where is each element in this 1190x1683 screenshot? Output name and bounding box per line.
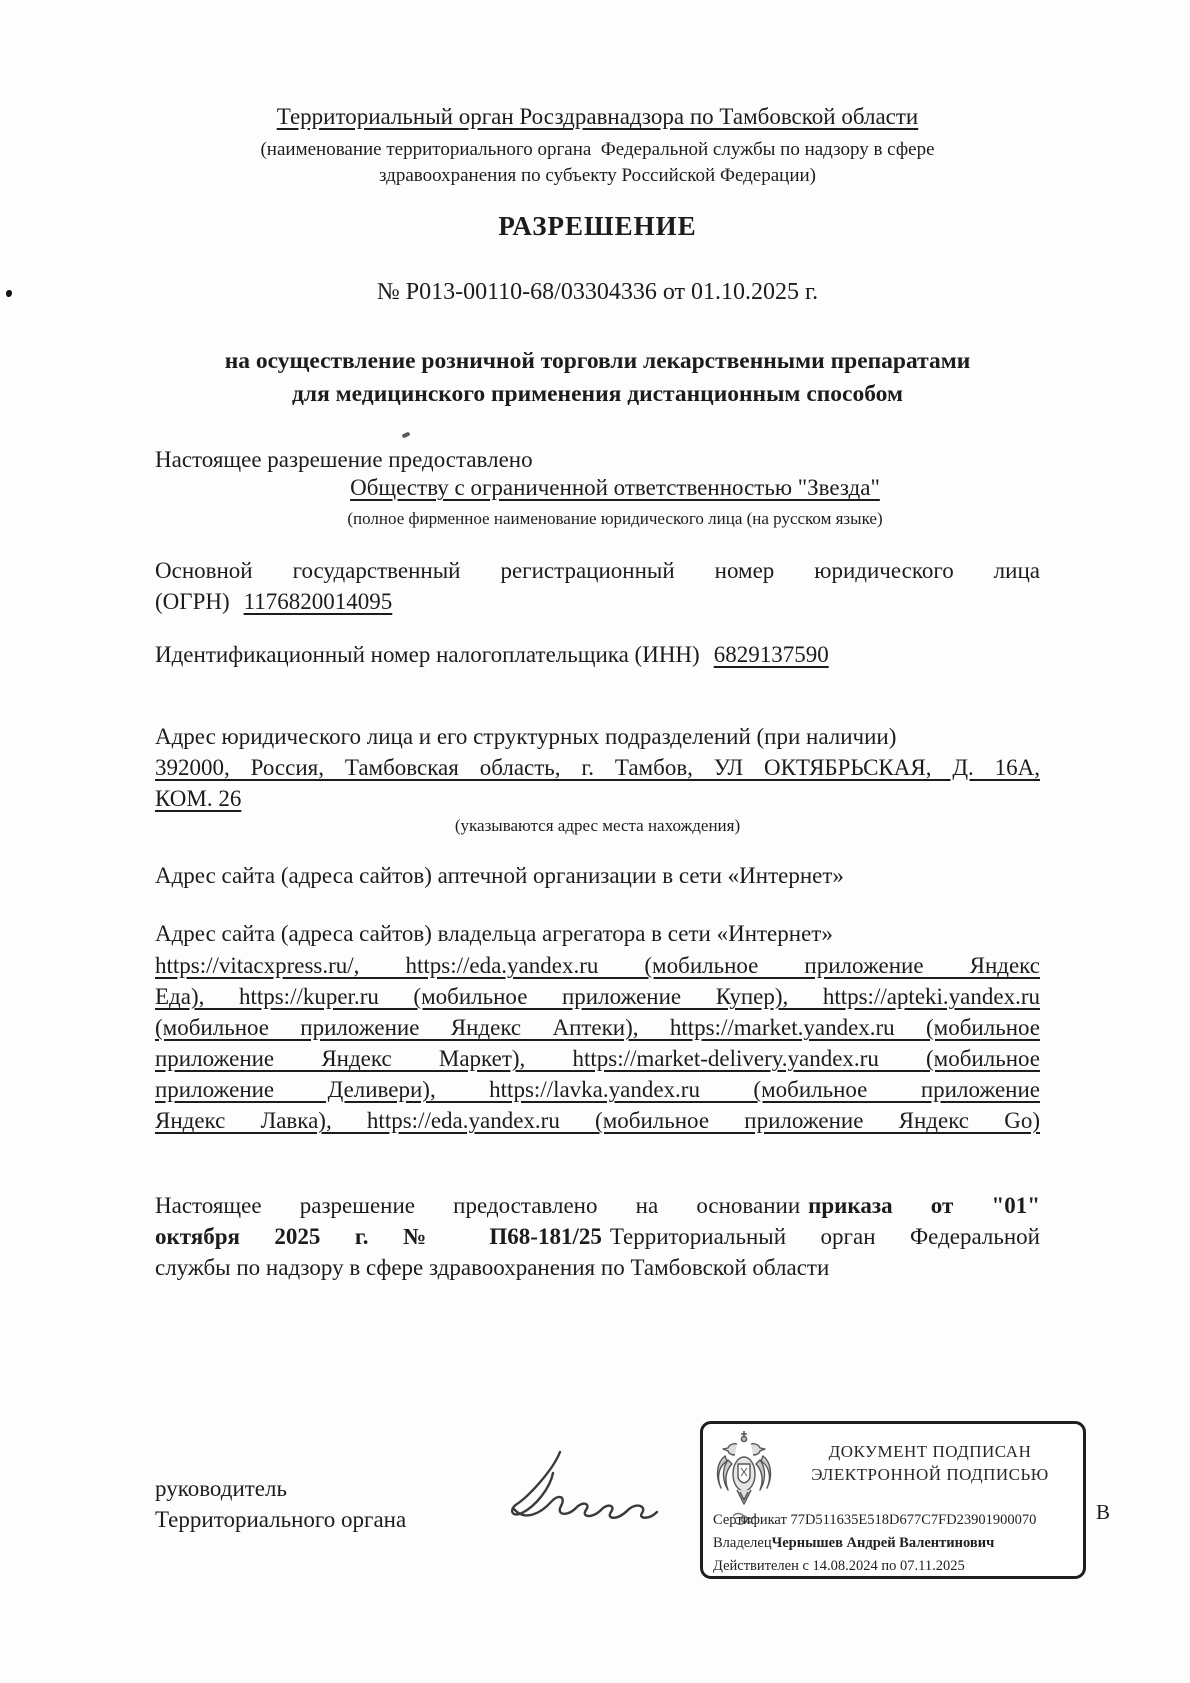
company-name: Обществу с ограниченной ответственностью… (215, 475, 1015, 501)
basis-line3: службы по надзору в сфере здравоохранени… (155, 1252, 1040, 1283)
address-line2: КОМ. 26 (155, 786, 241, 811)
basis-line2-regular: Территориальный орган Федеральной (610, 1224, 1040, 1249)
authority-caption-line2: здравоохранения по субъекту Российской Ф… (155, 163, 1040, 189)
aggregator-line: https://vitacxpress.ru/, https://eda.yan… (155, 950, 1040, 981)
basis-line2: октября 2025 г. № П68-181/25Территориаль… (155, 1221, 1040, 1252)
authority-name-text: Территориальный орган Росздравнадзора по… (277, 104, 918, 129)
aggregator-line: Яндекс Лавка), https://eda.yandex.ru (мо… (155, 1105, 1040, 1136)
ogrn-block: Основной государственный регистрационный… (155, 555, 1040, 617)
electronic-signature-stamp: ДОКУМЕНТ ПОДПИСАН ЭЛЕКТРОННОЙ ПОДПИСЬЮ С… (700, 1421, 1086, 1579)
grantee-intro: Настоящее разрешение предоставлено (155, 444, 1040, 475)
address-caption: (указываются адрес места нахождения) (155, 816, 1040, 836)
owner-label: Владелец (713, 1535, 772, 1551)
ogrn-label-line: Основной государственный регистрационный… (155, 555, 1040, 586)
pharmacy-site-label: Адрес сайта (адреса сайтов) аптечной орг… (155, 860, 1040, 891)
address-block: Адрес юридического лица и его структурны… (155, 721, 1040, 814)
basis-block: Настоящее разрешение предоставлено на ос… (155, 1190, 1040, 1283)
ogrn-label: (ОГРН) (155, 589, 230, 614)
stamp-certificate: Сертификат 77D511635E518D677C7FD23901900… (713, 1509, 1077, 1532)
subject-line1: на осуществление розничной торговли лека… (155, 345, 1040, 378)
document-subject: на осуществление розничной торговли лека… (155, 345, 1040, 411)
authority-name: Территориальный орган Росздравнадзора по… (155, 104, 1040, 130)
ogrn-value-line: (ОГРН)1176820014095 (155, 586, 1040, 617)
address-label: Адрес юридического лица и его структурны… (155, 721, 1040, 752)
aggregator-line: приложение Деливери), https://lavka.yand… (155, 1074, 1040, 1105)
document-title: РАЗРЕШЕНИЕ (155, 211, 1040, 242)
aggregator-site-list: https://vitacxpress.ru/, https://eda.yan… (155, 950, 1040, 1136)
company-caption: (полное фирменное наименование юридическ… (215, 509, 1015, 529)
ogrn-value: 1176820014095 (244, 589, 393, 614)
stamp-title: ДОКУМЕНТ ПОДПИСАН ЭЛЕКТРОННОЙ ПОДПИСЬЮ (781, 1440, 1079, 1486)
certificate-value: 77D511635E518D677C7FD23901900070 (790, 1512, 1036, 1528)
basis-line1-regular: Настоящее разрешение предоставлено на ос… (155, 1193, 800, 1218)
handwritten-signature (505, 1446, 680, 1541)
inn-block: Идентификационный номер налогоплательщик… (155, 639, 1040, 670)
aggregator-line: Еда), https://kuper.ru (мобильное прилож… (155, 981, 1040, 1012)
aggregator-site-label: Адрес сайта (адреса сайтов) владельца аг… (155, 918, 1040, 949)
certificate-label: Сертификат (713, 1512, 787, 1528)
owner-name: Чернышев Андрей Валентинович (772, 1535, 995, 1551)
basis-line1-bold: приказа от "01" (808, 1193, 1040, 1218)
document-number: № Р013-00110-68/03304336 от 01.10.2025 г… (155, 279, 1040, 306)
stamp-details: Сертификат 77D511635E518D677C7FD23901900… (713, 1509, 1077, 1578)
subject-line2: для медицинского применения дистанционны… (155, 378, 1040, 411)
aggregator-line: (мобильное приложение Яндекс Аптеки), ht… (155, 1012, 1040, 1043)
stamp-owner: ВладелецЧернышев Андрей Валентинович (713, 1532, 1077, 1555)
company-name-text: Обществу с ограниченной ответственностью… (350, 475, 880, 500)
stamp-validity: Действителен с 14.08.2024 по 07.11.2025 (713, 1555, 1077, 1578)
stamp-title-line2: ЭЛЕКТРОННОЙ ПОДПИСЬЮ (781, 1463, 1079, 1486)
scanned-permit-document: Территориальный орган Росздравнадзора по… (0, 0, 1190, 1683)
scan-speck (6, 290, 12, 297)
basis-line1: Настоящее разрешение предоставлено на ос… (155, 1190, 1040, 1221)
authority-caption: (наименование территориального органа Фе… (155, 137, 1040, 189)
inn-value: 6829137590 (714, 642, 829, 667)
aggregator-line: приложение Яндекс Маркет), https://marke… (155, 1043, 1040, 1074)
scan-speck (402, 431, 411, 438)
stray-letter: В (1096, 1500, 1110, 1525)
inn-label: Идентификационный номер налогоплательщик… (155, 642, 700, 667)
address-line1: 392000, Россия, Тамбовская область, г. Т… (155, 752, 1040, 783)
basis-line2-bold: октября 2025 г. № П68-181/25 (155, 1224, 602, 1249)
stamp-title-line1: ДОКУМЕНТ ПОДПИСАН (781, 1440, 1079, 1463)
authority-caption-line1: (наименование территориального органа Фе… (155, 137, 1040, 163)
